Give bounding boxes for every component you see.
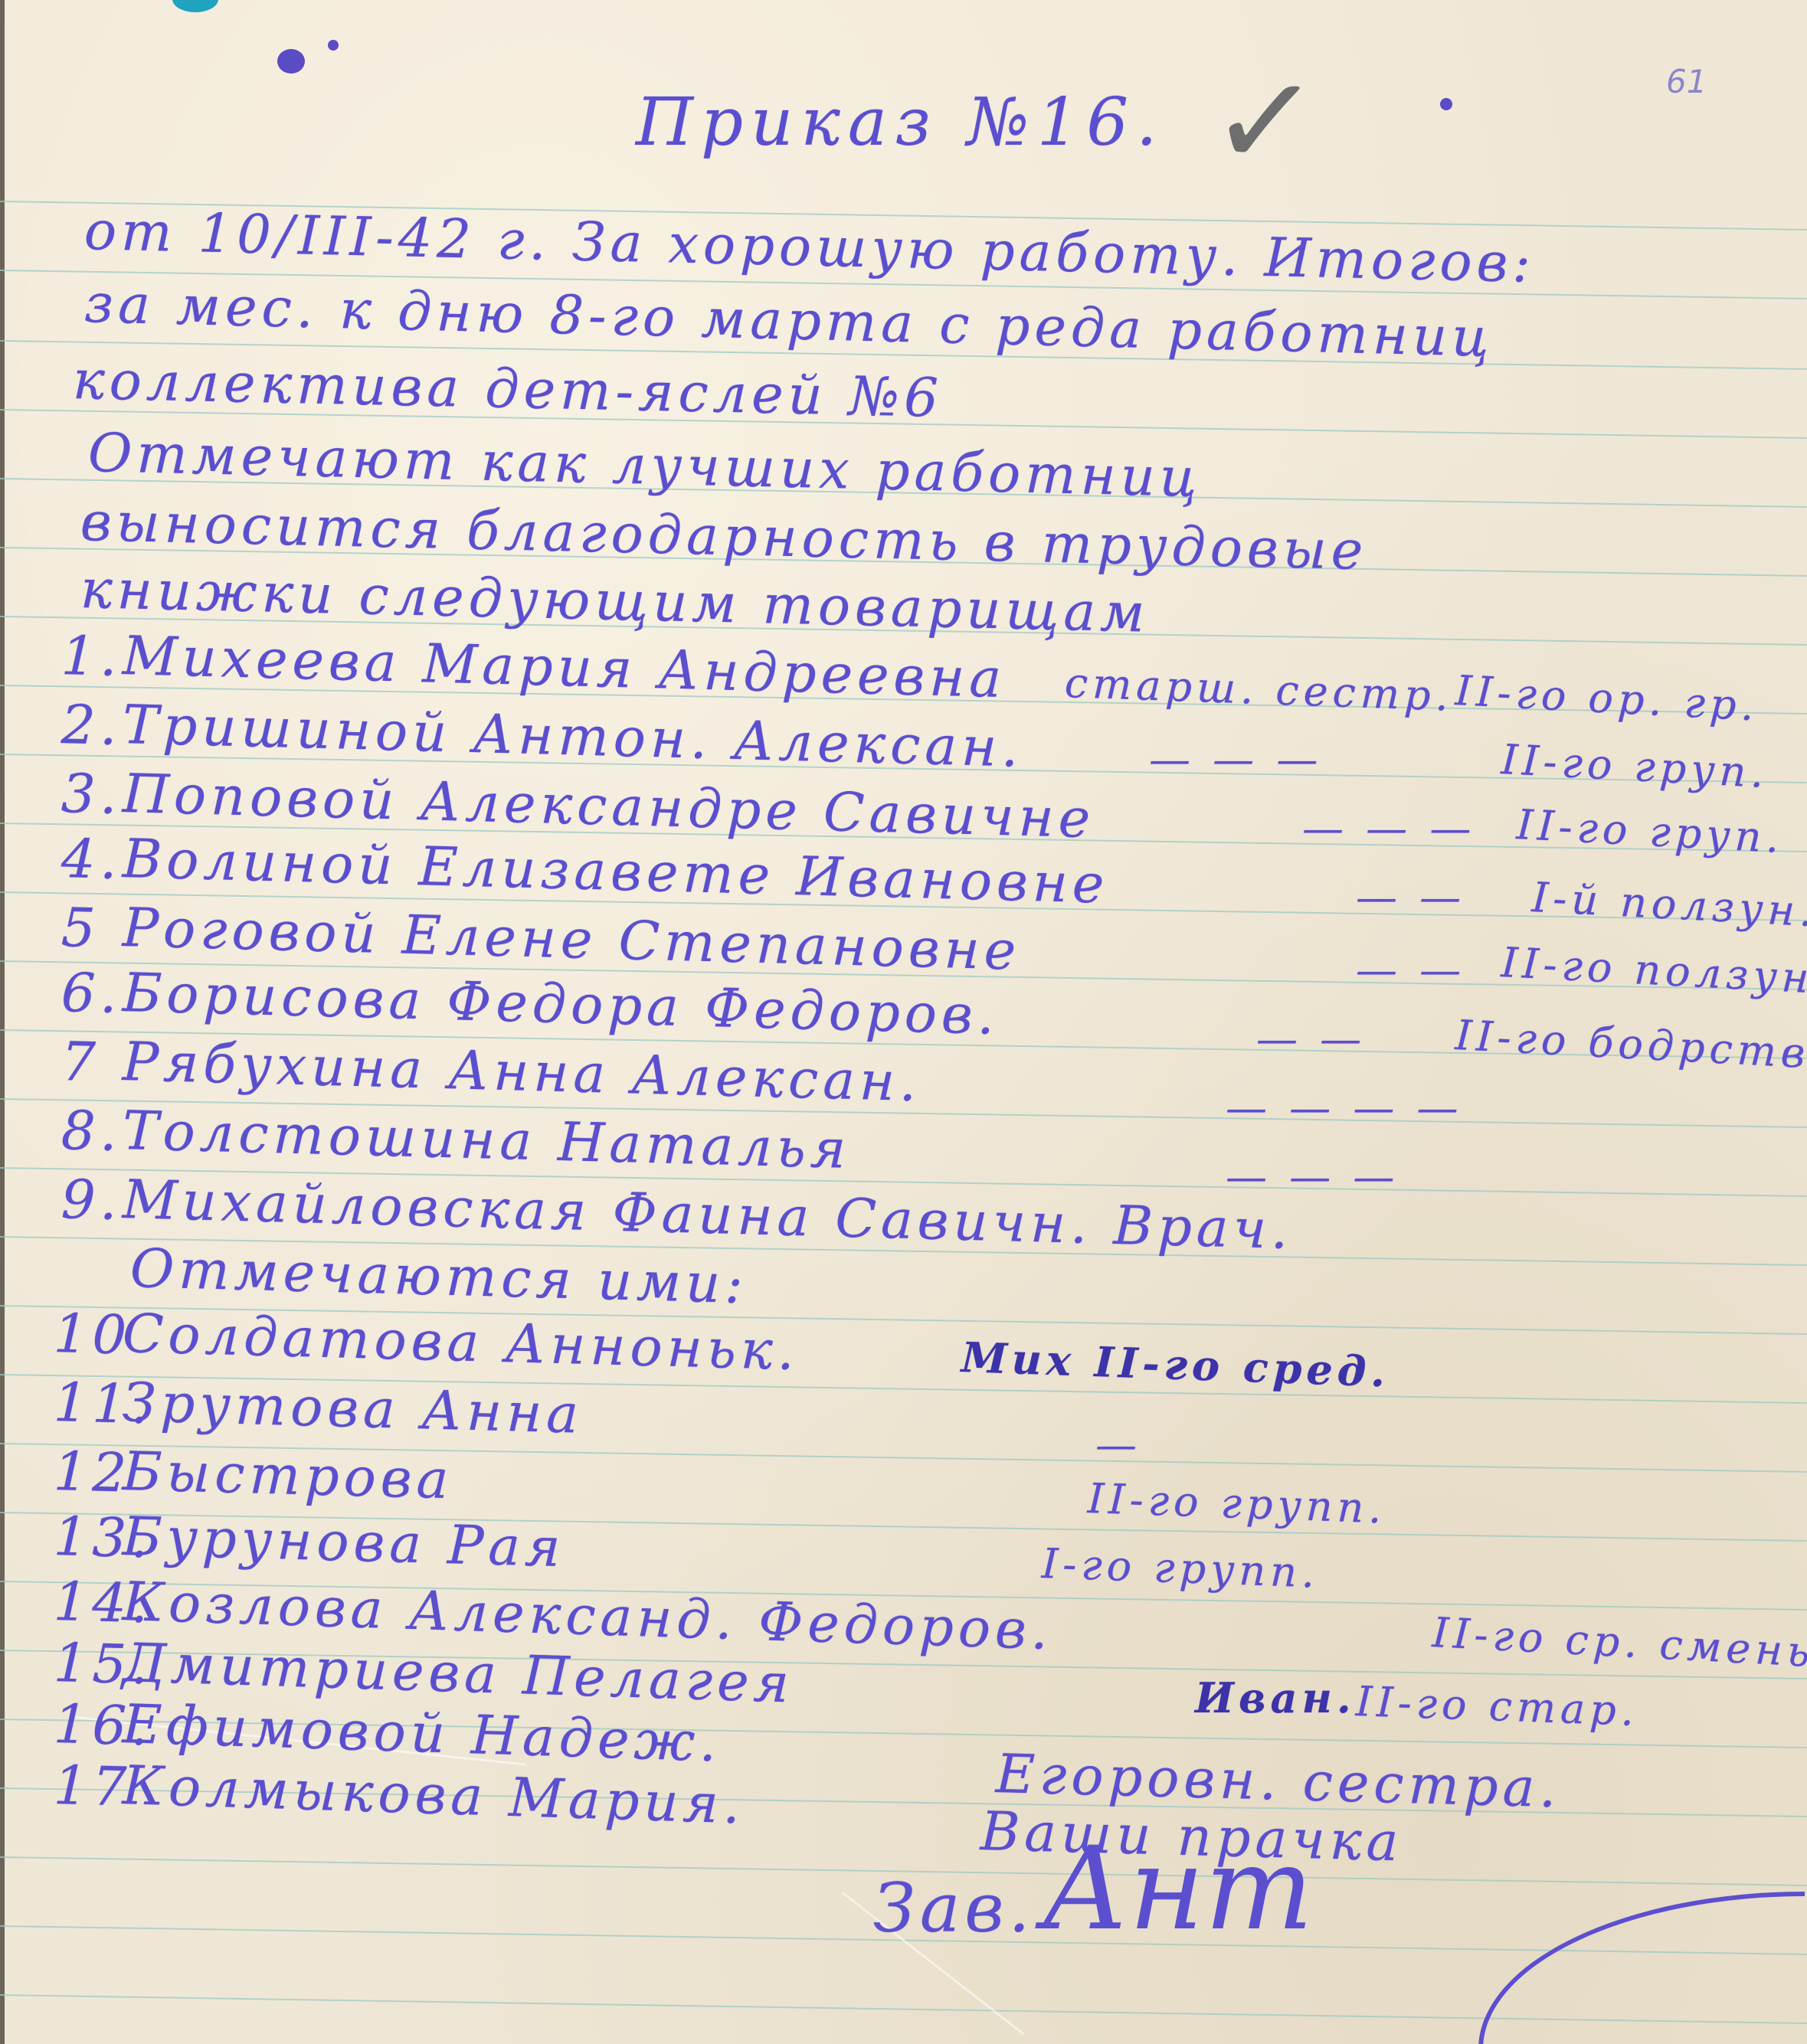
item-number: 6.	[61, 961, 123, 1025]
item-note: — — —	[1149, 735, 1322, 783]
item-number: 4.	[61, 827, 123, 891]
item-number: 9.	[61, 1168, 123, 1232]
item-note: — — — —	[1226, 1084, 1463, 1132]
header-line: коллектива дет-яслей №6	[72, 348, 943, 430]
item-number: 7	[61, 1030, 101, 1094]
signature: Ант	[1042, 1823, 1314, 1956]
item-award: II-го ползун.	[1500, 938, 1807, 1003]
item-note: — —	[1356, 873, 1465, 921]
item-number: 17	[53, 1754, 132, 1819]
page-number: 61	[1666, 63, 1707, 100]
item-name: Зрутова Анна	[122, 1371, 584, 1446]
item-number: 10	[53, 1302, 132, 1367]
item-award: I-й ползун.	[1530, 873, 1807, 936]
item-note: — — —	[1302, 804, 1475, 852]
item-number: 3.	[61, 762, 123, 826]
item-number: 12	[53, 1440, 132, 1505]
ink-blot	[1440, 98, 1452, 110]
item-note: —	[1095, 1421, 1141, 1469]
item-award: II-го ср. смены	[1431, 1608, 1807, 1677]
binding-edge	[0, 0, 5, 2044]
item-number: 1.	[61, 624, 123, 688]
item-award: II-го груп.	[1500, 735, 1769, 797]
item-note: — — —	[1226, 1153, 1399, 1201]
ink-blot	[172, 0, 218, 12]
signature-flourish	[1478, 1892, 1805, 2044]
item-note: старш. сестр.	[1064, 659, 1454, 721]
signatory-role: Зав.	[873, 1869, 1034, 1948]
checkmark-icon: ✓	[1205, 42, 1324, 201]
ink-blot	[277, 49, 305, 74]
item-number: 2.	[61, 693, 123, 757]
ink-blot	[328, 40, 339, 51]
item-name: Быстрова	[122, 1440, 453, 1511]
document-title: Приказ №16.	[636, 84, 1164, 161]
item-award: II-го ор. гр.	[1454, 666, 1760, 731]
item-award: II-го груп.	[1515, 800, 1785, 862]
item-name: Бурунова Рая	[122, 1505, 566, 1579]
item-note: — —	[1256, 1015, 1366, 1063]
item-note: Мих II-го сред.	[961, 1333, 1390, 1396]
item-note: Иван.	[1195, 1673, 1356, 1722]
paper-sheet: 61 ✓ Приказ №16. от 10/III-42 г. За хоро…	[0, 0, 1807, 2044]
item-award: II-го групп.	[1087, 1474, 1387, 1533]
item-award: II-го бодрств.	[1454, 1011, 1807, 1078]
item-number: 8.	[61, 1099, 123, 1163]
item-award: I-го групп.	[1041, 1539, 1320, 1598]
item-number: 5	[61, 896, 101, 960]
item-award: II-го стар.	[1355, 1677, 1639, 1735]
item-note: — —	[1356, 946, 1465, 994]
